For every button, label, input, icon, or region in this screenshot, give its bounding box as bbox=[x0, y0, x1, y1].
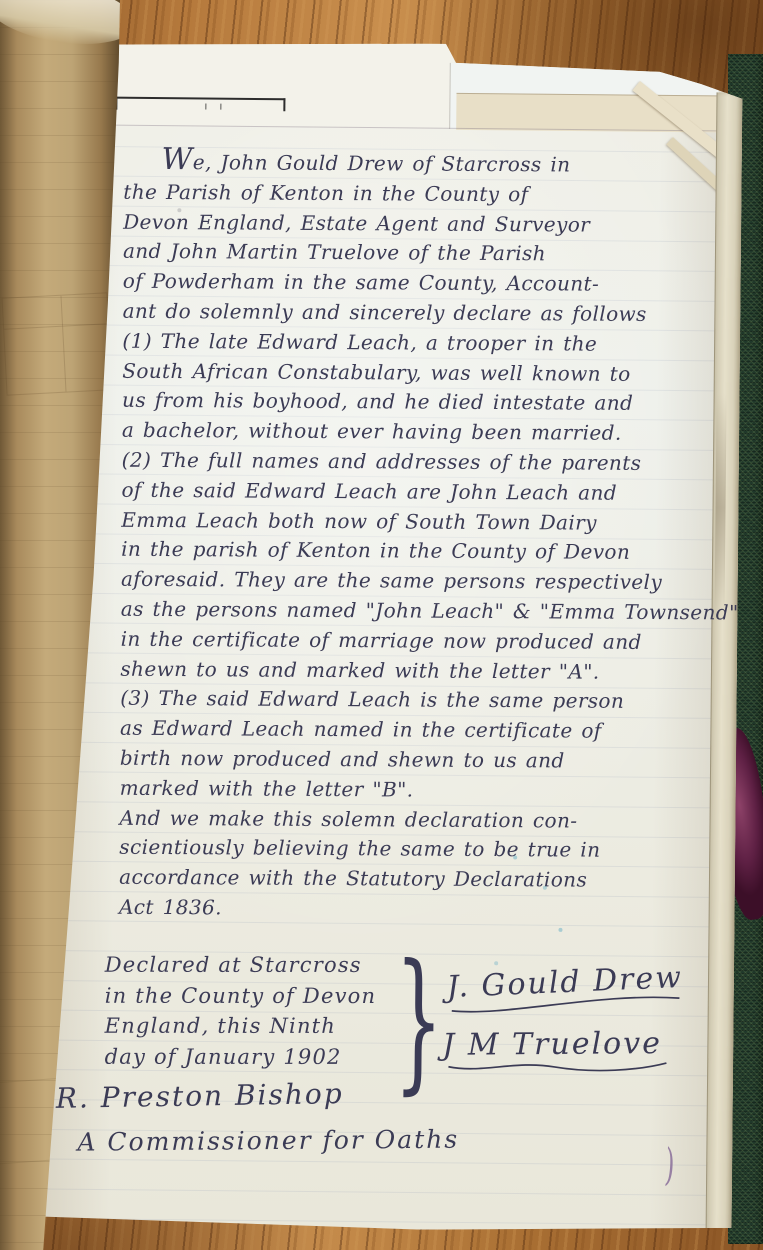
declaration-line: (1) The late Edward Leach, a trooper in … bbox=[122, 327, 722, 360]
declaration-line: and John Martin Truelove of the Parish bbox=[123, 237, 723, 270]
declaration-line: Devon England, Estate Agent and Surveyor bbox=[123, 207, 723, 240]
attestation-line: Declared at Starcross bbox=[105, 950, 377, 981]
attestation-line: in the County of Devon bbox=[105, 980, 377, 1011]
commissioner-name: R. Preston Bishop bbox=[56, 1077, 344, 1115]
photo-scene: B We, John Gould Drew of Starcross in th… bbox=[0, 0, 763, 1250]
signature-text: J M Truelove bbox=[442, 1026, 662, 1063]
declaration-line: the Parish of Kenton in the County of bbox=[123, 178, 723, 211]
declaration-line: We, John Gould Drew of Starcross in bbox=[123, 148, 723, 181]
declaration-line: us from his boyhood, and he died intesta… bbox=[122, 386, 722, 419]
declaration-line: ant do solemnly and sincerely declare as… bbox=[123, 297, 723, 330]
declaration-text: We, John Gould Drew of Starcross in the … bbox=[119, 148, 724, 926]
declaration-line: And we make this solemn declaration con- bbox=[119, 803, 719, 836]
declaration-line: accordance with the Statutory Declaratio… bbox=[119, 863, 719, 896]
attestation-line: day of January 1902 bbox=[105, 1041, 377, 1072]
attestation-brace: } bbox=[394, 931, 444, 1108]
declaration-line: of Powderham in the same County, Account… bbox=[123, 267, 723, 300]
declaration-line: as Edward Leach named in the certificate… bbox=[120, 714, 720, 747]
signature-truelove: J M Truelove bbox=[442, 1026, 672, 1075]
document-page: B We, John Gould Drew of Starcross in th… bbox=[41, 40, 743, 1233]
declaration-line: a bachelor, without ever having been mar… bbox=[122, 416, 722, 449]
declaration-line: scientiously believing the same to be tr… bbox=[119, 833, 719, 866]
declaration-line: South African Constabulary, was well kno… bbox=[122, 356, 722, 389]
rolled-paper-grid-mark bbox=[2, 292, 113, 395]
declaration-line: (2) The full names and addresses of the … bbox=[122, 446, 722, 479]
declaration-line: Act 1836. bbox=[119, 893, 719, 926]
printed-bracket-mark bbox=[115, 97, 285, 112]
commissioner-title: A Commissioner for Oaths bbox=[77, 1125, 459, 1157]
declaration-line: as the persons named "John Leach" & "Emm… bbox=[121, 595, 721, 628]
attestation-block: Declared at Starcross in the County of D… bbox=[105, 950, 377, 1072]
declaration-line: aforesaid. They are the same persons res… bbox=[121, 565, 721, 598]
declaration-line: birth now produced and shewn to us and bbox=[120, 744, 720, 777]
declaration-line: marked with the letter "B". bbox=[120, 773, 720, 806]
attestation-line: England, this Ninth bbox=[105, 1011, 377, 1042]
declaration-line: shewn to us and marked with the letter "… bbox=[120, 654, 720, 687]
declaration-line: (3) The said Edward Leach is the same pe… bbox=[120, 684, 720, 717]
declaration-line: Emma Leach both now of South Town Dairy bbox=[121, 505, 721, 538]
declaration-line: of the said Edward Leach are John Leach … bbox=[121, 476, 721, 509]
declaration-line: in the parish of Kenton in the County of… bbox=[121, 535, 721, 568]
declaration-line: in the certificate of marriage now produ… bbox=[121, 624, 721, 657]
